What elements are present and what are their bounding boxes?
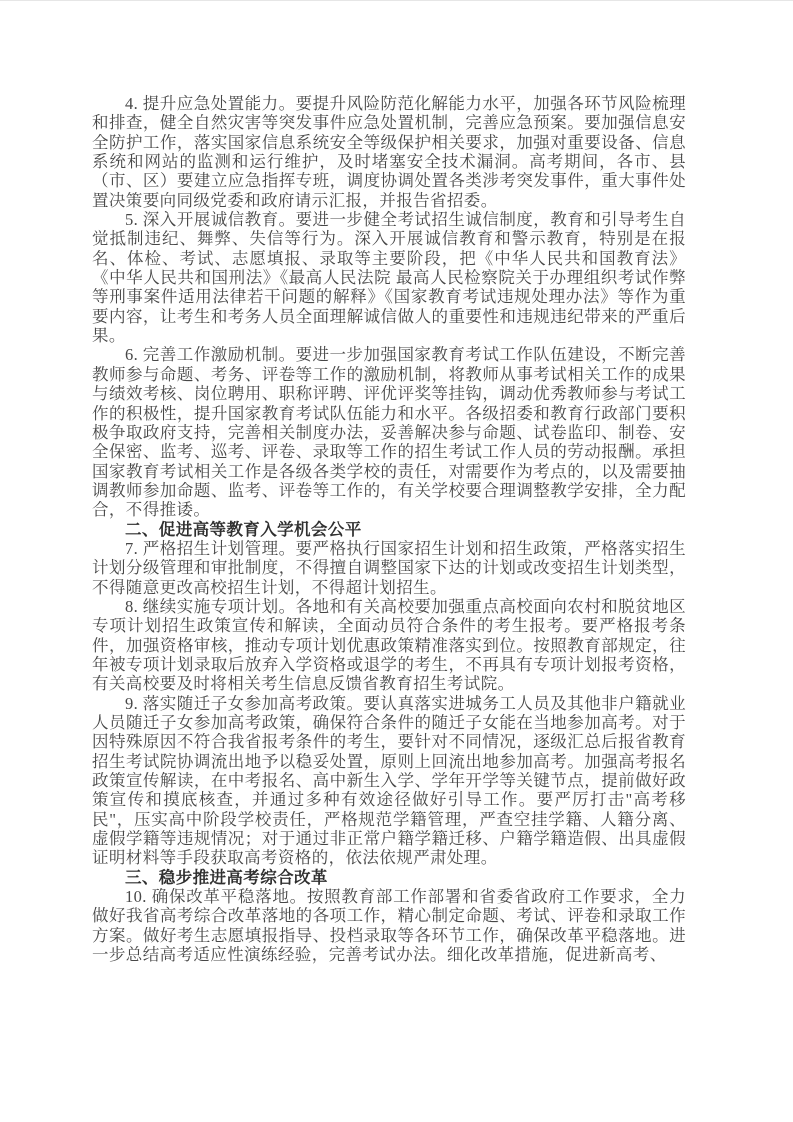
section-heading-2: 二、促进高等教育入学机会公平 [92,520,686,539]
document-page: 4. 提升应急处置能力。要提升风险防范化解能力水平，加强各环节风险梳理和排查，健… [0,0,793,1122]
paragraph-item-7: 7. 严格招生计划管理。要严格执行国家招生计划和招生政策，严格落实招生计划分级管… [92,539,686,597]
paragraph-item-6: 6. 完善工作激励机制。要进一步加强国家教育考试工作队伍建设，不断完善教师参与命… [92,345,686,519]
section-heading-3: 三、稳步推进高考综合改革 [92,868,686,887]
scan-edge-artifact [0,0,793,1]
paragraph-item-10: 10. 确保改革平稳落地。按照教育部工作部署和省委省政府工作要求，全力做好我省高… [92,887,686,964]
document-text-block: 4. 提升应急处置能力。要提升风险防范化解能力水平，加强各环节风险梳理和排查，健… [92,94,686,964]
paragraph-item-9: 9. 落实随迁子女参加高考政策。要认真落实进城务工人员及其他非户籍就业人员随迁子… [92,694,686,868]
paragraph-item-5: 5. 深入开展诚信教育。要进一步健全考试招生诚信制度，教育和引导考生自觉抵制违纪… [92,210,686,345]
paragraph-item-4: 4. 提升应急处置能力。要提升风险防范化解能力水平，加强各环节风险梳理和排查，健… [92,94,686,210]
paragraph-item-8: 8. 继续实施专项计划。各地和有关高校要加强重点高校面向农村和脱贫地区专项计划招… [92,597,686,694]
